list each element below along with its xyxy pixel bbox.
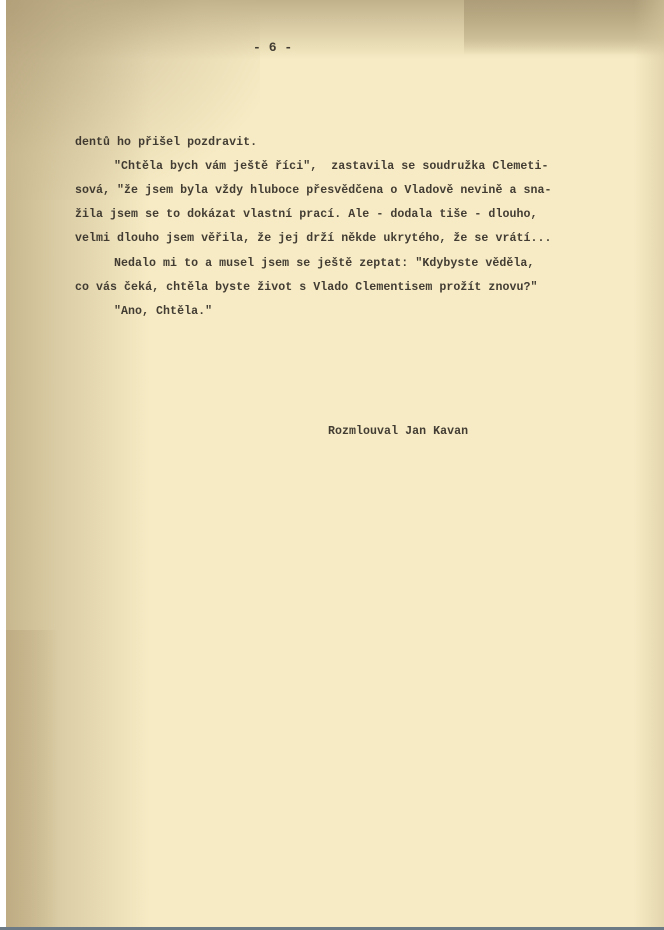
text-line: "Ano, Chtěla." bbox=[114, 305, 212, 318]
text-line: co vás čeká, chtěla byste život s Vlado … bbox=[75, 281, 538, 294]
page-number: - 6 - bbox=[253, 40, 292, 55]
scan-edge-left bbox=[0, 0, 6, 930]
paper-shadow-right bbox=[634, 0, 664, 930]
signature: Rozmlouval Jan Kavan bbox=[328, 425, 468, 438]
text-line: velmi dlouho jsem věřila, že jej drží ně… bbox=[75, 232, 552, 245]
text-line: sová, "že jsem byla vždy hluboce přesvěd… bbox=[75, 184, 552, 197]
text-line: "Chtěla bych vám ještě říci", zastavila … bbox=[114, 160, 548, 173]
text-line: žila jsem se to dokázat vlastní prací. A… bbox=[75, 208, 538, 221]
text-line: dentů ho přišel pozdravit. bbox=[75, 136, 257, 149]
document-page: - 6 - dentů ho přišel pozdravit. "Chtěla… bbox=[0, 0, 664, 930]
text-line: Nedalo mi to a musel jsem se ještě zepta… bbox=[114, 257, 534, 270]
paper-shadow-bottom-left bbox=[0, 630, 60, 930]
